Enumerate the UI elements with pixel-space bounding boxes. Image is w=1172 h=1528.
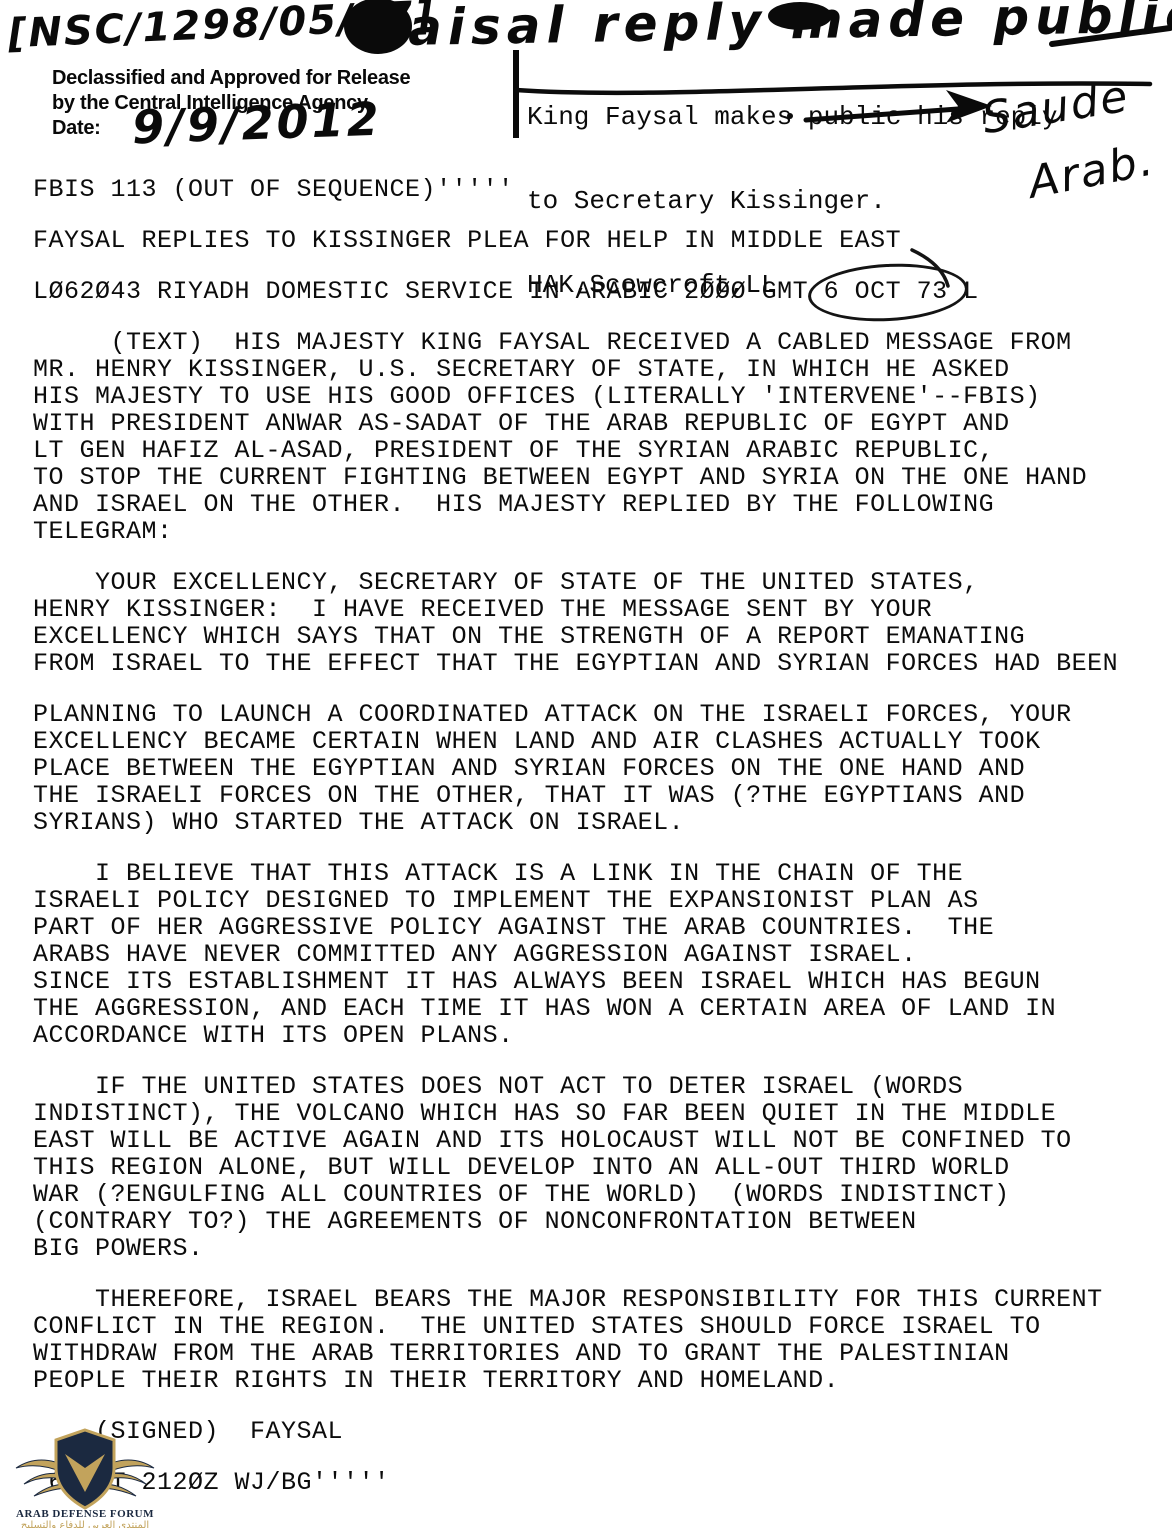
routing-line-1: King Faysal makes public his reply xyxy=(527,103,1058,131)
routing-left-bar xyxy=(513,50,519,138)
paragraph-attack: PLANNING TO LAUNCH A COORDINATED ATTACK … xyxy=(33,701,1158,836)
paragraph-telegram-open: YOUR EXCELLENCY, SECRETARY OF STATE OF T… xyxy=(33,569,1158,677)
logo-english-name: ARAB DEFENSE FORUM xyxy=(16,1508,154,1520)
circled-date: 6 OCT 73 xyxy=(824,278,948,305)
serial-line: FBIS 113 (OUT OF SEQUENCE)''''' xyxy=(33,176,1158,203)
stamp-line-1: Declassified and Approved for Release xyxy=(52,66,410,91)
circled-date-text: 6 OCT 73 xyxy=(824,277,948,306)
headline: FAYSAL REPLIES TO KISSINGER PLEA FOR HEL… xyxy=(33,227,1158,254)
transmission-footer: 6 OCT 212ØZ WJ/BG''''' xyxy=(33,1469,1158,1496)
arab-defense-forum-logo: ARAB DEFENSE FORUM المنتدى العربي للدفاع… xyxy=(10,1416,160,1528)
paragraph-volcano: IF THE UNITED STATES DOES NOT ACT TO DET… xyxy=(33,1073,1158,1262)
paragraph-text: (TEXT) HIS MAJESTY KING FAYSAL RECEIVED … xyxy=(33,329,1158,545)
document-page: [NSC/1298/05/07] aisal reply made public… xyxy=(0,0,1172,1528)
source-line-prefix: LØ62Ø43 RIYADH DOMESTIC SERVICE IN ARABI… xyxy=(33,277,824,306)
source-line-suffix: L xyxy=(948,277,979,306)
paragraph-believe: I BELIEVE THAT THIS ATTACK IS A LINK IN … xyxy=(33,860,1158,1049)
logo-arabic-name: المنتدى العربي للدفاع والتسليح xyxy=(21,1520,149,1528)
stamp-date-handwritten: 9/9/2012 xyxy=(131,92,382,155)
paragraph-therefore: THEREFORE, ISRAEL BEARS THE MAJOR RESPON… xyxy=(33,1286,1158,1394)
nsc-reference-handwritten: [NSC/1298/05/07] xyxy=(7,0,435,57)
document-body: FBIS 113 (OUT OF SEQUENCE)''''' FAYSAL R… xyxy=(33,176,1158,1520)
source-line: LØ62Ø43 RIYADH DOMESTIC SERVICE IN ARABI… xyxy=(33,278,1158,305)
signature-line: (SIGNED) FAYSAL xyxy=(33,1418,1158,1445)
